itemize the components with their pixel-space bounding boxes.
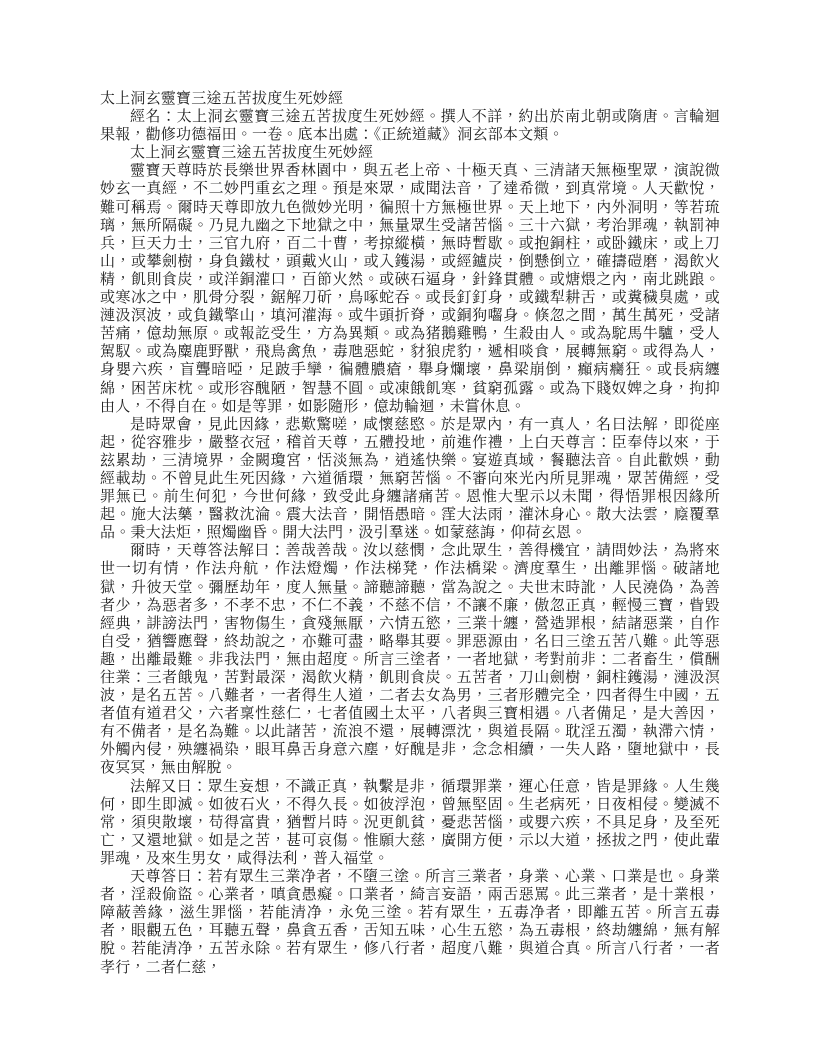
colophon-paragraph: 經名：太上洞玄靈寶三途五苦拔度生死妙經。撰人不詳，約出於南北朝或隋唐。言輪迴果報… (100, 108, 720, 144)
document-page: 太上洞玄靈寶三途五苦拔度生死妙經 經名：太上洞玄靈寶三途五苦拔度生死妙經。撰人不… (0, 0, 816, 1056)
body-paragraph-4: 法解又曰：眾生妄想，不識正真，執繫是非，循環罪業，運心任意，皆是罪緣。人生幾何，… (100, 778, 720, 868)
body-paragraph-1: 靈寶天尊時於長樂世界香林園中，與五老上帝、十極天真、三清諸天無極聖眾，演說微妙玄… (100, 162, 720, 415)
body-paragraph-5: 天尊答曰：若有眾生三業净者，不墮三塗。所言三業者，身業、心業、口業是也。身業者，… (100, 868, 720, 977)
page-title: 太上洞玄靈寶三途五苦拔度生死妙經 (100, 90, 720, 108)
body-paragraph-3: 爾時，天尊答法解曰：善哉善哉。汝以慈憫，念此眾生，善得機宜，請問妙法，為將來世一… (100, 542, 720, 777)
inner-title: 太上洞玄靈寶三途五苦拔度生死妙經 (100, 144, 720, 162)
body-paragraph-2: 是時眾會，見此因緣，悲歎驚嗟，咸懷慈愍。於是眾內，有一真人，名曰法解，即從座起，… (100, 416, 720, 543)
